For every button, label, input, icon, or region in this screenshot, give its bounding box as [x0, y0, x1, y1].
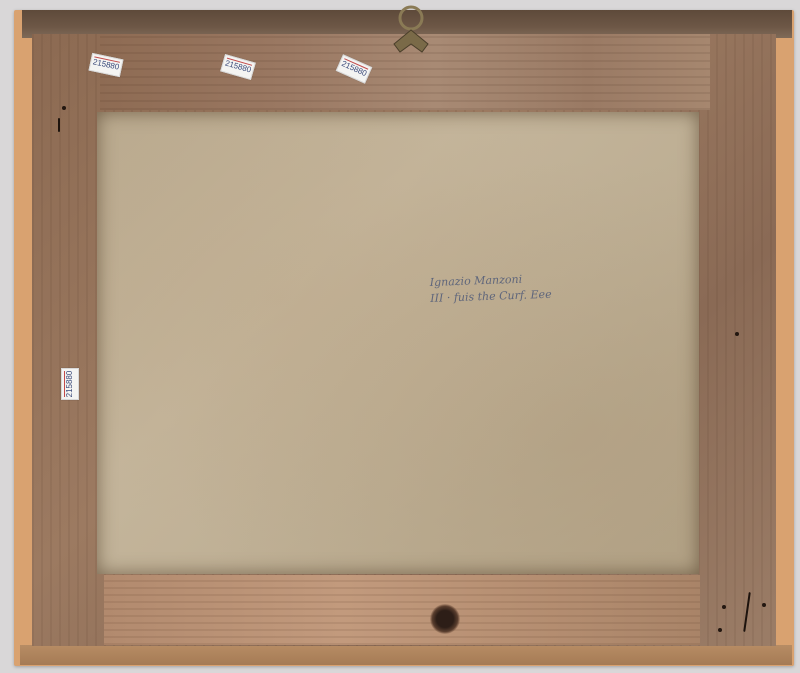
handwritten-inscription: Ignazio Manzoni III · fuis the Curf. Eee — [429, 269, 600, 307]
wood-knot — [430, 604, 460, 634]
wormhole — [735, 332, 739, 336]
hanging-ring-icon — [388, 0, 434, 56]
wormhole — [722, 605, 726, 609]
stretcher-bottom-bar — [104, 575, 700, 645]
frame-bottom-edge — [20, 645, 792, 665]
canvas-back — [97, 112, 699, 574]
wormhole — [762, 603, 766, 607]
inventory-label: 215880 — [61, 368, 79, 400]
wormhole — [62, 106, 66, 110]
wood-crack — [58, 118, 60, 132]
wormhole — [718, 628, 722, 632]
